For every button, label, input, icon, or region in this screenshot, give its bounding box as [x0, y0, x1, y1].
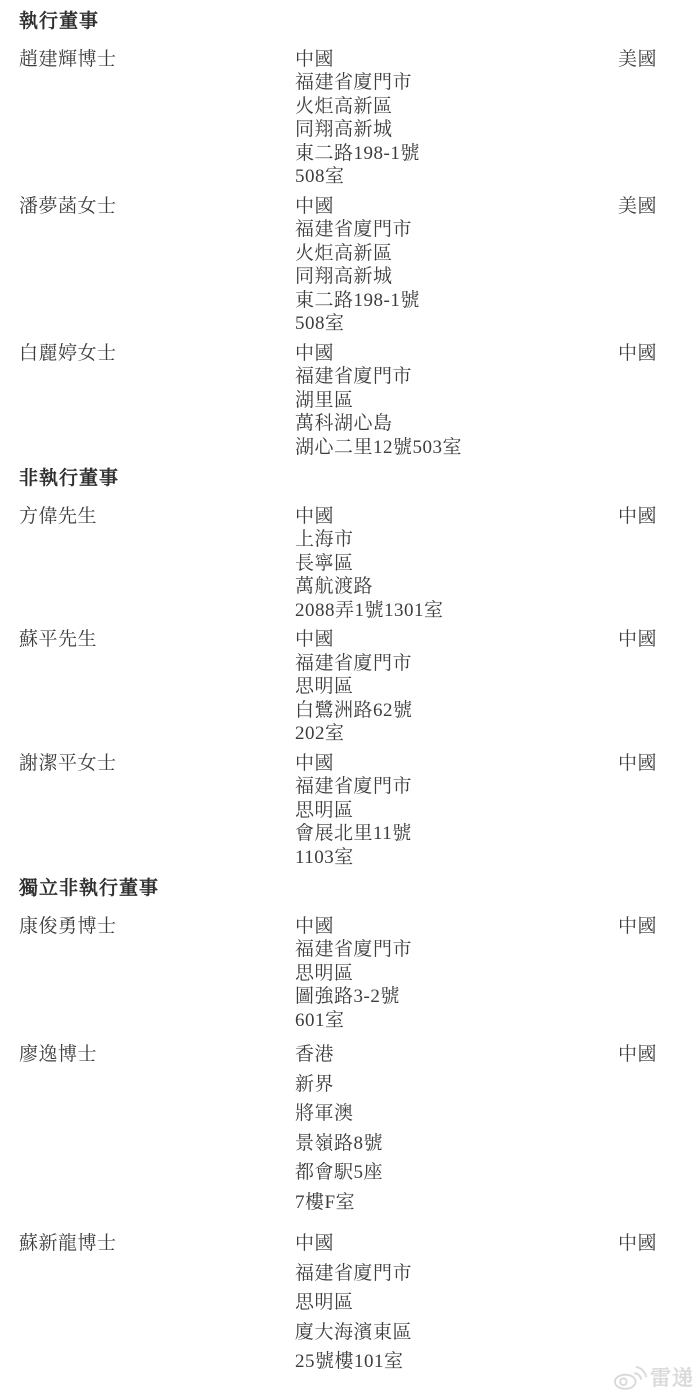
address-line: 圖強路3-2號 — [295, 985, 618, 1009]
watermark-label: 雷递 — [650, 1362, 694, 1392]
director-nationality: 中國 — [618, 1229, 700, 1377]
address-line: 中國 — [295, 48, 618, 72]
director-row: 蘇新龍博士中國福建省廈門市思明區廈大海濱東區25號樓101室中國 — [19, 1229, 700, 1377]
director-address: 中國福建省廈門市思明區圖強路3-2號601室 — [295, 915, 618, 1033]
address-line: 7樓F室 — [295, 1188, 618, 1218]
director-name: 趙建輝博士 — [19, 48, 295, 189]
address-line: 中國 — [295, 628, 618, 652]
weibo-watermark: 雷递 — [613, 1362, 694, 1392]
address-line: 福建省廈門市 — [295, 652, 618, 676]
director-row: 趙建輝博士中國福建省廈門市火炬高新區同翔高新城東二路198-1號508室美國 — [19, 48, 700, 189]
address-line: 中國 — [295, 1229, 618, 1259]
section-heading: 獨立非執行董事 — [19, 877, 700, 901]
director-name: 蘇新龍博士 — [19, 1229, 295, 1377]
director-name: 康俊勇博士 — [19, 915, 295, 1033]
director-nationality: 中國 — [618, 505, 700, 623]
address-line: 火炬高新區 — [295, 242, 618, 266]
director-name: 方偉先生 — [19, 505, 295, 623]
address-line: 將軍澳 — [295, 1099, 618, 1129]
address-line: 中國 — [295, 342, 618, 366]
address-line: 湖心二里12號503室 — [295, 436, 618, 460]
director-address: 中國福建省廈門市火炬高新區同翔高新城東二路198-1號508室 — [295, 48, 618, 189]
address-line: 1103室 — [295, 846, 618, 870]
director-address: 中國福建省廈門市思明區白鷺洲路62號202室 — [295, 628, 618, 746]
director-row: 方偉先生中國上海市長寧區萬航渡路2088弄1號1301室中國 — [19, 505, 700, 623]
address-line: 508室 — [295, 165, 618, 189]
director-section: 執行董事趙建輝博士中國福建省廈門市火炬高新區同翔高新城東二路198-1號508室… — [19, 10, 700, 459]
director-name: 蘇平先生 — [19, 628, 295, 746]
address-line: 福建省廈門市 — [295, 775, 618, 799]
address-line: 中國 — [295, 915, 618, 939]
address-line: 同翔高新城 — [295, 118, 618, 142]
address-line: 長寧區 — [295, 552, 618, 576]
address-line: 思明區 — [295, 675, 618, 699]
address-line: 中國 — [295, 505, 618, 529]
address-line: 思明區 — [295, 1288, 618, 1318]
director-name: 白麗婷女士 — [19, 342, 295, 460]
address-line: 新界 — [295, 1070, 618, 1100]
address-line: 福建省廈門市 — [295, 71, 618, 95]
section-heading: 執行董事 — [19, 10, 700, 34]
address-line: 會展北里11號 — [295, 822, 618, 846]
section-heading: 非執行董事 — [19, 467, 700, 491]
weibo-icon — [613, 1362, 647, 1392]
address-line: 火炬高新區 — [295, 95, 618, 119]
director-address: 中國福建省廈門市思明區廈大海濱東區25號樓101室 — [295, 1229, 618, 1377]
address-line: 都會駅5座 — [295, 1158, 618, 1188]
director-nationality: 中國 — [618, 1040, 700, 1217]
address-line: 福建省廈門市 — [295, 365, 618, 389]
director-address: 中國福建省廈門市湖里區萬科湖心島湖心二里12號503室 — [295, 342, 618, 460]
director-nationality: 中國 — [618, 628, 700, 746]
director-address: 香港新界將軍澳景嶺路8號都會駅5座7樓F室 — [295, 1040, 618, 1217]
address-line: 景嶺路8號 — [295, 1129, 618, 1159]
director-nationality: 中國 — [618, 752, 700, 870]
address-line: 萬科湖心島 — [295, 412, 618, 436]
address-line: 中國 — [295, 752, 618, 776]
director-address: 中國福建省廈門市火炬高新區同翔高新城東二路198-1號508室 — [295, 195, 618, 336]
address-line: 中國 — [295, 195, 618, 219]
director-row: 白麗婷女士中國福建省廈門市湖里區萬科湖心島湖心二里12號503室中國 — [19, 342, 700, 460]
address-line: 廈大海濱東區 — [295, 1318, 618, 1348]
director-name: 廖逸博士 — [19, 1040, 295, 1217]
address-line: 思明區 — [295, 799, 618, 823]
director-row: 康俊勇博士中國福建省廈門市思明區圖強路3-2號601室中國 — [19, 915, 700, 1033]
director-row: 謝潔平女士中國福建省廈門市思明區會展北里11號1103室中國 — [19, 752, 700, 870]
address-line: 萬航渡路 — [295, 575, 618, 599]
director-row: 潘夢菡女士中國福建省廈門市火炬高新區同翔高新城東二路198-1號508室美國 — [19, 195, 700, 336]
address-line: 25號樓101室 — [295, 1347, 618, 1377]
address-line: 湖里區 — [295, 389, 618, 413]
address-line: 東二路198-1號 — [295, 142, 618, 166]
director-row: 蘇平先生中國福建省廈門市思明區白鷺洲路62號202室中國 — [19, 628, 700, 746]
director-row: 廖逸博士香港新界將軍澳景嶺路8號都會駅5座7樓F室中國 — [19, 1040, 700, 1217]
address-line: 白鷺洲路62號 — [295, 699, 618, 723]
address-line: 東二路198-1號 — [295, 289, 618, 313]
address-line: 2088弄1號1301室 — [295, 599, 618, 623]
director-nationality: 中國 — [618, 342, 700, 460]
director-address: 中國上海市長寧區萬航渡路2088弄1號1301室 — [295, 505, 618, 623]
director-section: 非執行董事方偉先生中國上海市長寧區萬航渡路2088弄1號1301室中國蘇平先生中… — [19, 467, 700, 869]
director-section: 獨立非執行董事康俊勇博士中國福建省廈門市思明區圖強路3-2號601室中國廖逸博士… — [19, 877, 700, 1377]
address-line: 上海市 — [295, 528, 618, 552]
director-name: 謝潔平女士 — [19, 752, 295, 870]
address-line: 香港 — [295, 1040, 618, 1070]
address-line: 福建省廈門市 — [295, 938, 618, 962]
address-line: 601室 — [295, 1009, 618, 1033]
address-line: 202室 — [295, 722, 618, 746]
director-nationality: 中國 — [618, 915, 700, 1033]
directors-document: 執行董事趙建輝博士中國福建省廈門市火炬高新區同翔高新城東二路198-1號508室… — [0, 0, 700, 1377]
address-line: 福建省廈門市 — [295, 218, 618, 242]
address-line: 同翔高新城 — [295, 265, 618, 289]
director-nationality: 美國 — [618, 48, 700, 189]
address-line: 福建省廈門市 — [295, 1259, 618, 1289]
director-address: 中國福建省廈門市思明區會展北里11號1103室 — [295, 752, 618, 870]
address-line: 思明區 — [295, 962, 618, 986]
director-name: 潘夢菡女士 — [19, 195, 295, 336]
director-nationality: 美國 — [618, 195, 700, 336]
address-line: 508室 — [295, 312, 618, 336]
